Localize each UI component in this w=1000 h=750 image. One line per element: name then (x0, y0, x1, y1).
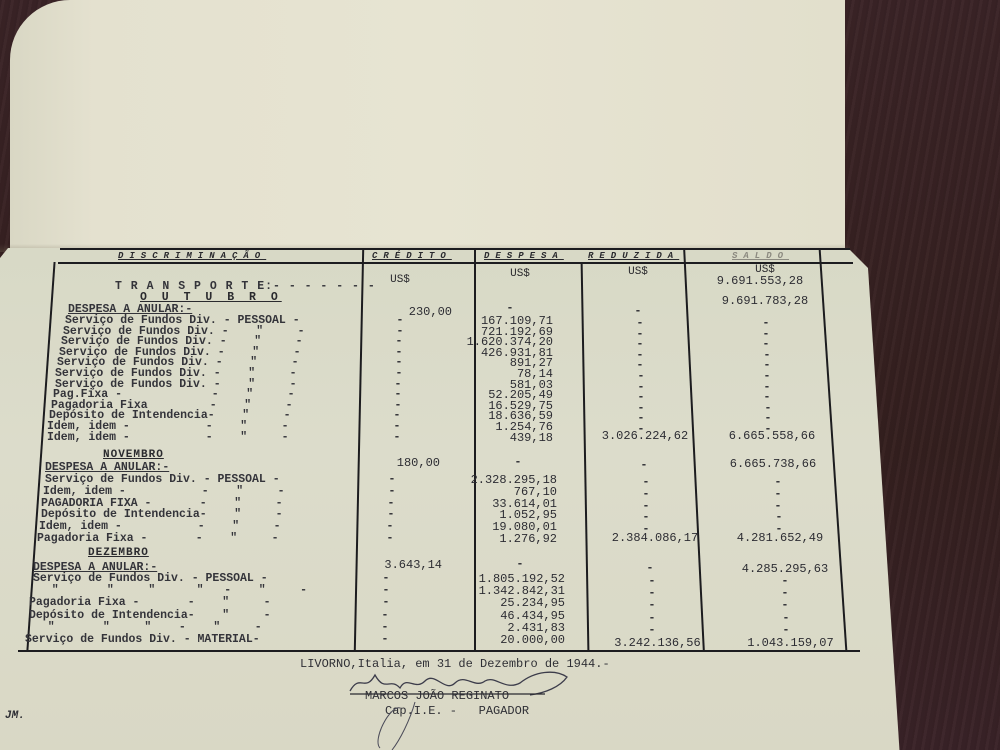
currency-despesa: US$ (500, 268, 540, 280)
typist-initials: JM. (5, 710, 25, 722)
col-divider-1 (354, 250, 364, 650)
header-discriminacao: DISCRIMINAÇÃO (118, 250, 266, 262)
saldo-total-novembro: 4.281.652,49 (720, 532, 840, 544)
header-reduzida: REDUZIDA (588, 250, 679, 262)
credito-dash: - (375, 634, 395, 646)
currency-credito: US$ (380, 274, 420, 286)
month-dezembro: DEZEMBRO (88, 547, 149, 559)
row-description: Pagadoria Fixa - - " - (29, 597, 271, 609)
saldo-total-dezembro: 1.043.159,07 (733, 637, 848, 649)
reduzida-dash: - (642, 600, 662, 612)
credito-dezembro: 3.643,14 (360, 559, 442, 571)
saldo-dash: - (775, 600, 795, 612)
header-credito: CRÉDITO (372, 250, 452, 262)
credito-novembro: 180,00 (360, 457, 440, 469)
row-despesa-value: 20.000,00 (470, 634, 565, 646)
reduzida-total-dezembro: 3.242.136,56 (600, 637, 715, 649)
despesa-dash: - (508, 457, 528, 469)
saldo-total-outubro: 6.665.558,66 (712, 430, 832, 442)
transport-saldo: 9.691.553,28 (700, 275, 820, 287)
table-bottom-border (18, 650, 860, 652)
credito-dash: - (380, 533, 400, 545)
saldo-dezembro-after-credit: 4.285.295,63 (725, 563, 845, 575)
month-novembro: NOVEMBRO (103, 449, 164, 461)
currency-reduzida: US$ (618, 266, 658, 278)
header-saldo: SALDO (732, 250, 789, 262)
row-despesa-value: 439,18 (458, 432, 553, 444)
row-despesa-value: 1.276,92 (462, 533, 557, 545)
col-divider-4 (683, 250, 704, 650)
saldo-outubro-after-credit: 9.691.783,28 (705, 295, 825, 307)
reduzida-dash: - (634, 460, 654, 472)
header-despesa: DESPESA (484, 250, 564, 262)
credito-dash: - (387, 432, 407, 444)
reduzida-dash: - (640, 563, 660, 575)
table-right-border (819, 250, 847, 650)
credito-dash: - (376, 597, 396, 609)
row-description: Idem, idem - - " - (47, 432, 289, 444)
row-description: Pagadoria Fixa - - " - (37, 533, 279, 545)
signature-flourish-icon (370, 700, 440, 750)
reduzida-total-outubro: 3.026.224,62 (590, 430, 700, 442)
reduzida-total-novembro: 2.384.086,17 (595, 532, 715, 544)
row-despesa-value: 25.234,95 (470, 597, 565, 609)
row-description: Serviço de Fundos Div. - MATERIAL- (25, 634, 260, 646)
ledger-table: DISCRIMINAÇÃO CRÉDITO DESPESA REDUZIDA S… (0, 0, 1000, 750)
saldo-novembro-after-credit: 6.665.738,66 (713, 458, 833, 470)
despesa-dash: - (510, 559, 530, 571)
col-divider-3 (581, 262, 589, 650)
